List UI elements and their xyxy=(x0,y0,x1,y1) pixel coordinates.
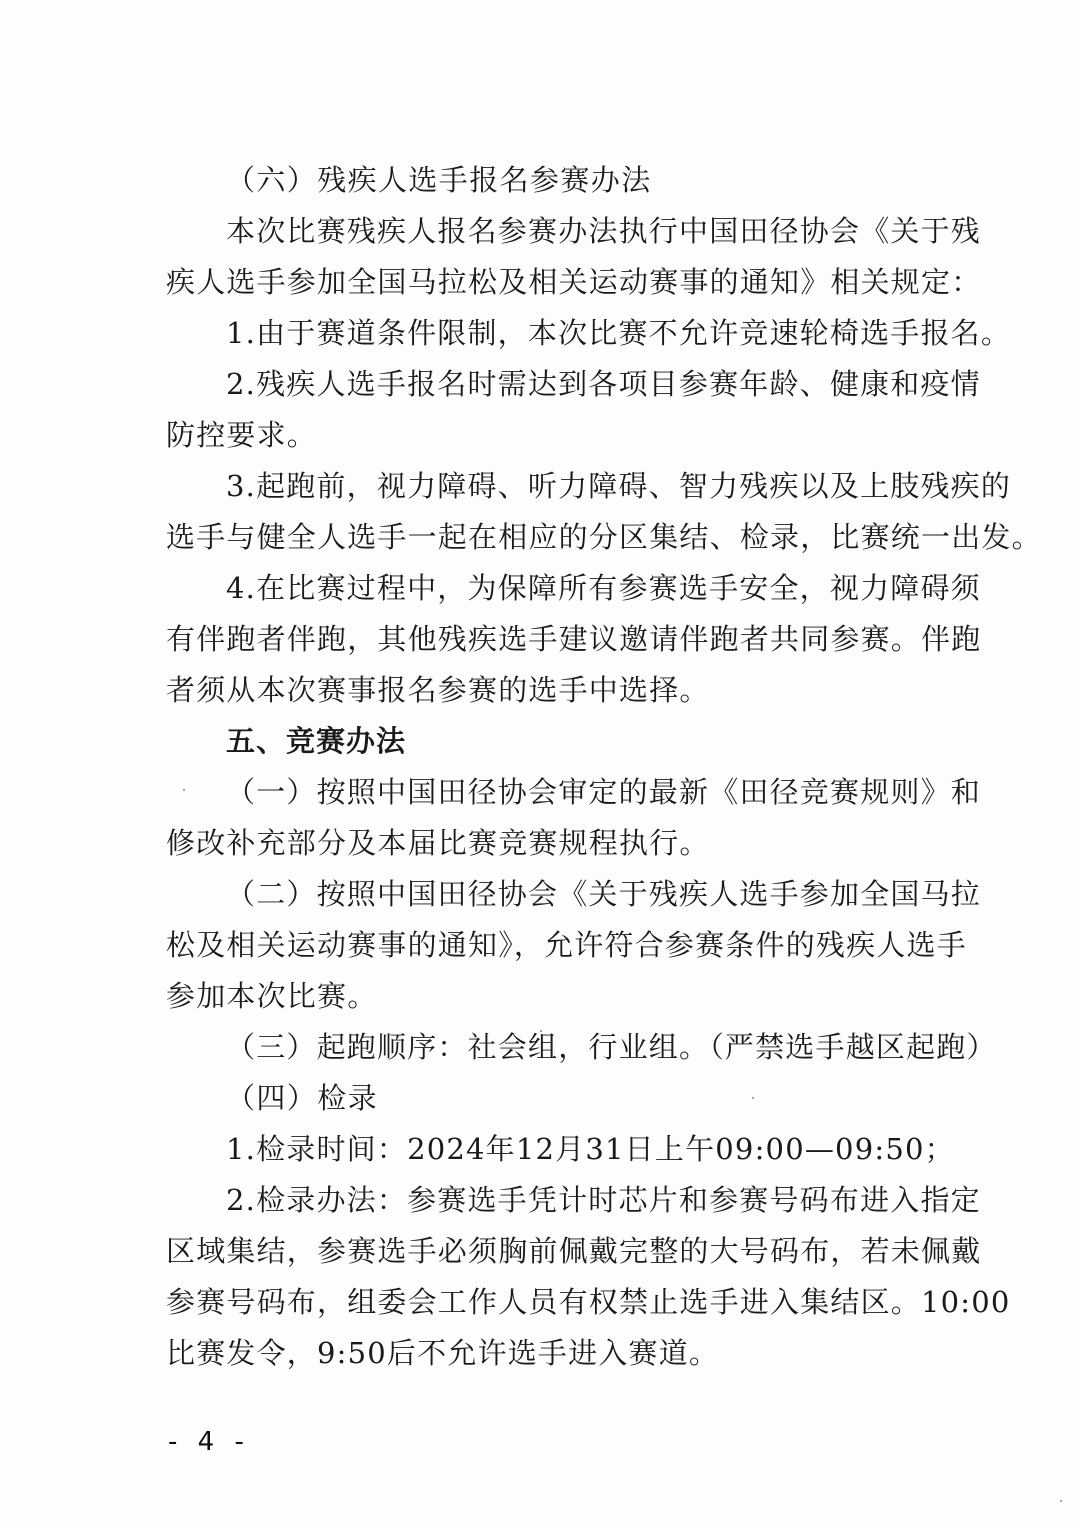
scan-speck xyxy=(183,789,185,791)
paragraph-line: 修改补充部分及本届比赛竞赛规程执行。 xyxy=(166,818,916,869)
paragraph-line: 者须从本次赛事报名参赛的选手中选择。 xyxy=(166,665,916,716)
rule-item-4: 4.在比赛过程中，为保障所有参赛选手安全，视力障碍须 xyxy=(166,563,916,614)
subheading-check-in: （四）检录 xyxy=(166,1073,916,1124)
document-body: （六）残疾人选手报名参赛办法 本次比赛残疾人报名参赛办法执行中国田径协会《关于残… xyxy=(166,155,916,1379)
subheading-disabled-registration: （六）残疾人选手报名参赛办法 xyxy=(166,155,916,206)
competition-item-2: （二）按照中国田径协会《关于残疾人选手参加全国马拉 xyxy=(166,869,916,920)
rule-item-3: 3.起跑前，视力障碍、听力障碍、智力残疾以及上肢残疾的 xyxy=(166,461,916,512)
scan-speck xyxy=(540,1030,542,1032)
rule-item-2: 2.残疾人选手报名时需达到各项目参赛年龄、健康和疫情 xyxy=(166,359,916,410)
paragraph-line: 本次比赛残疾人报名参赛办法执行中国田径协会《关于残 xyxy=(166,206,916,257)
section-heading-competition-rules: 五、竞赛办法 xyxy=(166,716,916,767)
scan-speck xyxy=(1060,1500,1062,1502)
paragraph-line: 选手与健全人选手一起在相应的分区集结、检录，比赛统一出发。 xyxy=(166,512,916,563)
scan-speck xyxy=(752,1097,754,1099)
paragraph-line: 区域集结，参赛选手必须胸前佩戴完整的大号码布，若未佩戴 xyxy=(166,1226,916,1277)
document-page: （六）残疾人选手报名参赛办法 本次比赛残疾人报名参赛办法执行中国田径协会《关于残… xyxy=(0,0,1080,1528)
paragraph-line: 参赛号码布，组委会工作人员有权禁止选手进入集结区。10:00 xyxy=(166,1277,916,1328)
paragraph-line: 防控要求。 xyxy=(166,410,916,461)
check-in-time: 1.检录时间：2024年12月31日上午09:00—09:50； xyxy=(166,1124,916,1175)
paragraph-line: 比赛发令，9:50后不允许选手进入赛道。 xyxy=(166,1328,916,1379)
page-number: - 4 - xyxy=(168,1427,250,1457)
paragraph-line: 有伴跑者伴跑，其他残疾选手建议邀请伴跑者共同参赛。伴跑 xyxy=(166,614,916,665)
paragraph-line: 参加本次比赛。 xyxy=(166,971,916,1022)
paragraph-line: 松及相关运动赛事的通知》，允许符合参赛条件的残疾人选手 xyxy=(166,920,916,971)
paragraph-line: 疾人选手参加全国马拉松及相关运动赛事的通知》相关规定： xyxy=(166,257,916,308)
check-in-method: 2.检录办法：参赛选手凭计时芯片和参赛号码布进入指定 xyxy=(166,1175,916,1226)
competition-item-1: （一）按照中国田径协会审定的最新《田径竞赛规则》和 xyxy=(166,767,916,818)
rule-item-1: 1.由于赛道条件限制，本次比赛不允许竞速轮椅选手报名。 xyxy=(166,308,916,359)
